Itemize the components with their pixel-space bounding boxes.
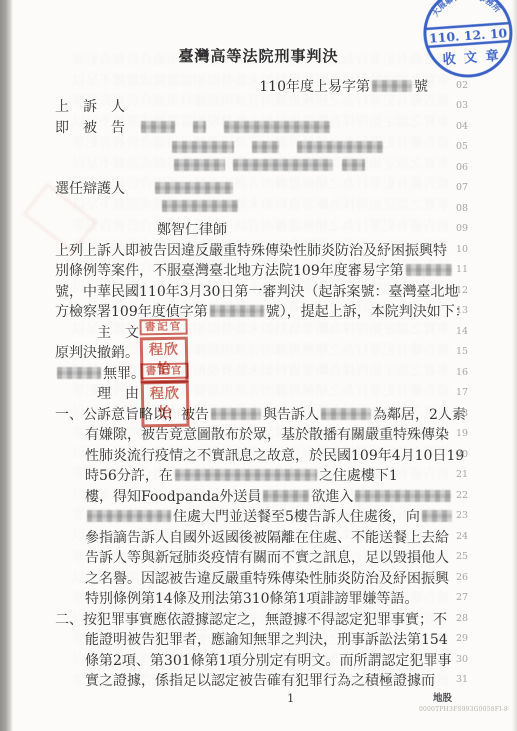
clerk-seal-name: 程欣怡	[141, 381, 190, 428]
line-number: 06	[456, 162, 468, 173]
text-segment	[177, 120, 191, 136]
text-segment: 上 訴 人	[55, 99, 125, 115]
judgment-line: 06	[0, 158, 517, 179]
scan-edge-right	[512, 0, 517, 731]
document-code: 0000TPH3FS993G0058FI-8	[419, 706, 508, 713]
text-segment: 上列上訴人即被告因違反嚴重特殊傳染性肺炎防治及紓困振興特	[55, 243, 447, 259]
redacted-text	[174, 159, 225, 171]
line-number: 29	[456, 633, 468, 644]
redacted-text	[210, 305, 264, 317]
line-number: 03	[456, 100, 468, 111]
line-number: 23	[456, 510, 468, 521]
svg-text:大展聯合法律事務所: 大展聯合法律事務所	[428, 0, 503, 19]
text-segment: 主 文	[97, 325, 139, 341]
document-page: 被告確有犯罪行為之積極證據而言該項證據自須適合於被告犯罪事實之認定始得採為斷罪資…	[0, 0, 517, 731]
redacted-text	[233, 159, 333, 171]
line-number: 20	[456, 449, 468, 460]
redacted-text	[406, 264, 452, 276]
redacted-text	[252, 141, 279, 153]
text-segment: 110年度上易字第	[259, 79, 370, 95]
text-segment: 參指謫告訴人自國外返國後被隔離在住處、不能送餐上去給	[85, 530, 449, 546]
judgment-line: 住處大門並送餐至5樓告訴人住處後，向23	[0, 506, 517, 527]
scan-edge-left	[0, 0, 13, 731]
line-number: 21	[456, 469, 468, 480]
line-number: 13	[456, 305, 468, 316]
line-number: 05	[456, 141, 468, 152]
received-stamp-label: 收 文 章	[442, 48, 501, 68]
redacted-text	[211, 408, 261, 420]
judgment-line: 告訴人等與新冠肺炎疫情有關而不實之訊息，足以毀損他人25	[0, 547, 517, 568]
line-number: 25	[456, 551, 468, 562]
judgment-line: 選任辯護人 07	[0, 178, 517, 199]
text-segment: 性肺炎流行疫情之不實訊息之故意，於民國109年4月10日19	[85, 448, 464, 464]
redacted-text	[87, 510, 171, 522]
line-number: 24	[456, 531, 468, 542]
text-segment: 之名譽。因認被告違反嚴重特殊傳染性肺炎防治及紓困振興	[85, 571, 449, 587]
text-segment	[335, 158, 339, 174]
line-number: 27	[456, 592, 468, 603]
text-segment: 欲進入	[311, 489, 353, 505]
line-number: 17	[456, 387, 468, 398]
text-segment: 即 被 告	[55, 120, 139, 136]
text-segment: 別條例等案件，不服臺灣臺北地方法院109年度審易字第	[55, 263, 404, 279]
received-stamp-icon: 大展聯合法律事務所 110. 12. 10 收 文 章	[417, 0, 517, 85]
judgment-line: 有嫌隙，被告竟意圖散布於眾，基於散播有關嚴重特殊傳染19	[0, 424, 517, 445]
line-number: 31	[456, 674, 468, 685]
text-segment	[236, 140, 250, 156]
text-segment: 號，中華民國110年3月30日第一審判決（起訴案號：臺灣臺北地	[55, 284, 458, 300]
line-number: 08	[456, 203, 468, 214]
line-number: 16	[456, 367, 468, 378]
judgment-line: 無罪。16	[0, 363, 517, 384]
redacted-text	[155, 182, 233, 194]
clerk-seal-title: 書記官	[139, 319, 187, 336]
judgment-line: 能證明被告犯罪者，應諭知無罪之判決，刑事訴訟法第15429	[0, 629, 517, 650]
judgment-line: 性肺炎流行疫情之不實訊息之故意，於民國109年4月10日1920	[0, 445, 517, 466]
text-segment: 二、按犯罪事實應依證據認定之，無證據不得認定犯罪事實；不	[55, 612, 447, 628]
text-segment: 原判決撤銷。	[55, 345, 139, 361]
redacted-text	[297, 141, 383, 153]
redacted-text	[224, 121, 330, 133]
redacted-text	[175, 469, 317, 481]
judgment-line: 之名譽。因認被告違反嚴重特殊傳染性肺炎防治及紓困振興26	[0, 568, 517, 589]
text-segment: 與告訴人	[263, 407, 319, 423]
text-segment: 告訴人等與新冠肺炎疫情有關而不實之訊息，足以毀損他人	[85, 550, 449, 566]
judgment-line: 樓，得知Foodpanda外送員欲進入22	[0, 486, 517, 507]
text-segment: 條第2項、第301條第1項分別定有明文。而所謂認定犯罪事	[85, 653, 452, 669]
judgment-line: 參指謫告訴人自國外返國後被隔離在住處、不能送餐上去給24	[0, 527, 517, 548]
text-segment: 理 由	[97, 386, 139, 402]
line-number: 04	[456, 121, 468, 132]
judgment-line: 一、公訴意旨略以；被告與告訴人為鄰居，2人素18	[0, 404, 517, 425]
judgment-line: 上列上訴人即被告因違反嚴重特殊傳染性肺炎防治及紓困振興特10	[0, 240, 517, 261]
judgment-line: 理 由17	[0, 383, 517, 404]
judgment-line: 號，中華民國110年3月30日第一審判決（起訴案號：臺灣臺北地12	[0, 281, 517, 302]
redacted-text	[422, 510, 452, 522]
text-segment: 為鄰居，2人素	[373, 407, 466, 423]
judgment-line: 上 訴 人03	[0, 96, 517, 117]
text-segment: 號），提起上訴，本院判決如下：	[266, 304, 469, 320]
redacted-text	[342, 159, 365, 171]
judgment-line: 方檢察署109年度偵字第號），提起上訴，本院判決如下：13	[0, 301, 517, 322]
court-division: 地股	[433, 690, 452, 704]
redacted-text	[355, 490, 451, 502]
redacted-text	[141, 121, 175, 133]
judgment-line: 主 文14	[0, 322, 517, 343]
line-number: 19	[456, 428, 468, 439]
line-number: 26	[456, 572, 468, 583]
line-number: 18	[456, 408, 468, 419]
redacted-text	[263, 490, 309, 502]
redacted-text	[321, 408, 371, 420]
judgment-line: 二、按犯罪事實應依證據認定之，無證據不得認定犯罪事實；不28	[0, 609, 517, 630]
text-segment	[281, 140, 295, 156]
text-segment: 之住處樓下1	[319, 468, 398, 484]
text-segment: 有嫌隙，被告竟意圖散布於眾，基於散播有關嚴重特殊傳染	[85, 427, 449, 443]
judgment-line: 實之證據，係指足以認定被告確有犯罪行為之積極證據而31	[0, 670, 517, 691]
text-segment: 鄭智仁律師	[157, 222, 227, 238]
line-number: 09	[456, 223, 468, 234]
text-segment: 能證明被告犯罪者，應諭知無罪之判決，刑事訴訟法第154	[85, 632, 448, 648]
clerk-seal-2: 書記官 程欣怡	[140, 363, 189, 428]
redacted-text	[172, 141, 234, 153]
judgment-line: 別條例等案件，不服臺灣臺北地方法院109年度審易字第11	[0, 260, 517, 281]
redacted-text	[57, 367, 101, 379]
line-number: 30	[456, 654, 468, 665]
line-number: 15	[456, 346, 468, 357]
text-segment: 住處大門並送餐至5樓告訴人住處後，向	[173, 509, 420, 525]
judgment-line: 特別條例第14條及刑法第310條第1項誹謗罪嫌等語。27	[0, 588, 517, 609]
line-number: 07	[456, 182, 468, 193]
text-segment	[227, 158, 231, 174]
text-segment: 選任辯護人	[55, 181, 153, 197]
line-number: 22	[456, 490, 468, 501]
judgment-line: 即 被 告 04	[0, 117, 517, 138]
redacted-text	[162, 200, 238, 212]
text-segment: 樓，得知Foodpanda外送員	[85, 489, 261, 505]
redacted-text	[193, 121, 206, 133]
text-segment: 方檢察署109年度偵字第	[55, 304, 208, 320]
line-number: 14	[456, 326, 468, 337]
judgment-line: 08	[0, 199, 517, 220]
line-number: 10	[456, 244, 468, 255]
judgment-line: 05	[0, 137, 517, 158]
text-segment: 特別條例第14條及刑法第310條第1項誹謗罪嫌等語。	[85, 591, 418, 607]
text-segment	[208, 120, 222, 136]
line-number: 12	[456, 285, 468, 296]
received-stamp: 大展聯合法律事務所 110. 12. 10 收 文 章	[417, 0, 517, 85]
judgment-line: 時56分許，在之住處樓下121	[0, 465, 517, 486]
judgment-line: 條第2項、第301條第1項分別定有明文。而所謂認定犯罪事30	[0, 650, 517, 671]
text-segment: 時56分許，在	[85, 468, 173, 484]
clerk-seal-title: 書記官	[140, 363, 188, 380]
line-number: 28	[456, 613, 468, 624]
judgment-line: 原判決撤銷。15	[0, 342, 517, 363]
line-number: 11	[456, 264, 468, 275]
judgment-line: 鄭智仁律師09	[0, 219, 517, 240]
text-segment: 實之證據，係指足以認定被告確有犯罪行為之積極證據而	[85, 673, 435, 689]
text-segment: 無罪。	[103, 366, 145, 382]
received-stamp-arc-text: 大展聯合法律事務所	[428, 0, 503, 19]
redacted-text	[372, 80, 412, 92]
page-number: 1	[287, 691, 294, 705]
